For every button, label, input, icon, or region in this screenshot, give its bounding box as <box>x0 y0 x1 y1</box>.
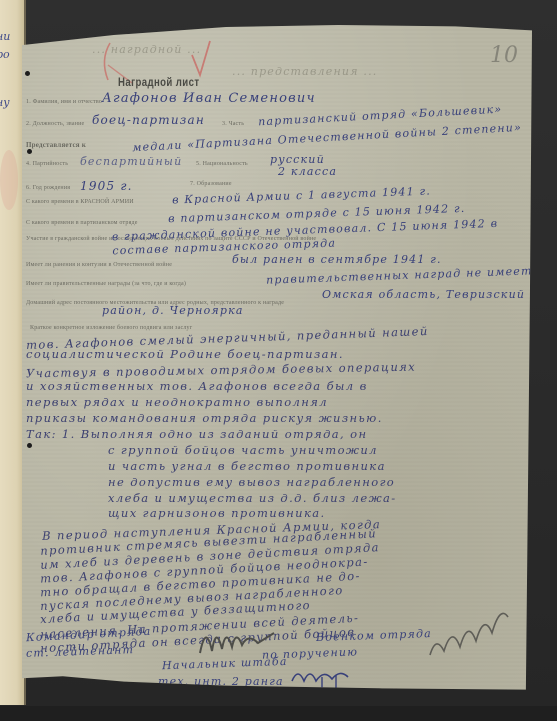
narrative-line: хлеба и имущества из д.д. близ лежа- <box>108 491 397 505</box>
narrative-line: приказы командования отряда рискуя жизнь… <box>26 411 383 425</box>
narrative-line: первых рядах и неоднократно выполнял <box>26 395 328 409</box>
document-title: Наградной лист <box>118 75 199 89</box>
scan-bottom-edge <box>0 706 557 721</box>
commissar-title: Военком отряда <box>316 627 432 644</box>
narrative-line: и хозяйственных тов. Агафонов всегда был… <box>26 379 368 393</box>
narrative-line: с группой бойцов часть уничтожил <box>108 443 378 457</box>
punch-hole <box>27 149 32 154</box>
field-value-wounds: был ранен в сентябре 1941 г. <box>232 253 442 266</box>
bleed-through-text: ... представления ... <box>232 65 377 78</box>
field-value-education: 2 класса <box>278 165 337 178</box>
field-label-unit: 3. Часть <box>222 121 244 127</box>
narrative-line: Участвуя в проводимых отрядом боевых опе… <box>26 360 416 381</box>
narrative-line: щих гарнизонов противника. <box>108 506 326 520</box>
adjacent-page-fragment: ни <box>0 30 10 43</box>
punch-hole <box>27 443 32 448</box>
commander-rank: ст. лейтенант <box>26 643 135 660</box>
field-label-education: 7. Образование <box>190 181 232 187</box>
narrative-line: Так: 1. Выполняя одно из заданий отряда,… <box>26 427 367 441</box>
field-value-awards: правительственных наград не имеет <box>266 264 533 286</box>
field-value-party: беспартийный <box>80 155 182 168</box>
field-label-army-since: С какого времени в КРАСНОЙ АРМИИ <box>26 199 134 205</box>
field-label-party: 4. Партийность <box>26 161 68 167</box>
narrative-line: и часть угнал в бегство противника <box>108 459 386 473</box>
sheet-number: 10 <box>490 43 518 68</box>
field-label-rank: 2. Должность, звание <box>26 121 84 127</box>
field-value-address: Омская область, Тевризский район, д. Чер… <box>102 287 532 319</box>
red-smudge <box>0 150 18 210</box>
field-label-nationality: 5. Национальность <box>196 161 248 167</box>
award-sheet: 10 ... наградной ... ... представления .… <box>22 25 532 695</box>
punch-hole <box>25 71 30 76</box>
field-label-feat: Краткое конкретное изложение боевого под… <box>30 325 192 331</box>
field-label-name: 1. Фамилия, имя и отчество <box>26 99 102 105</box>
field-label-nominated: Представляется к <box>26 141 86 149</box>
field-label-birth-year: 6. Год рождения <box>26 185 70 191</box>
adjacent-page-fragment: ну <box>0 96 10 109</box>
narrative-line: социалистической Родине боец-партизан. <box>26 347 344 361</box>
field-value-birth-year: 1905 г. <box>80 179 133 193</box>
field-value-rank: боец-партизан <box>92 113 205 127</box>
commissar-signature-icon <box>422 595 512 675</box>
field-label-partisan-since: С какого времени в партизанском отряде <box>26 220 138 226</box>
narrative-line: не допустив ему вывоз награбленного <box>108 475 395 489</box>
field-value-name: Агафонов Иван Семенович <box>102 91 316 106</box>
adjacent-page-fragment: ро <box>0 48 10 61</box>
field-value-army-since: в Красной Армии с 1 августа 1941 г. <box>172 184 431 206</box>
field-label-wounds: Имеет ли ранения и контузии в Отечествен… <box>26 262 172 268</box>
